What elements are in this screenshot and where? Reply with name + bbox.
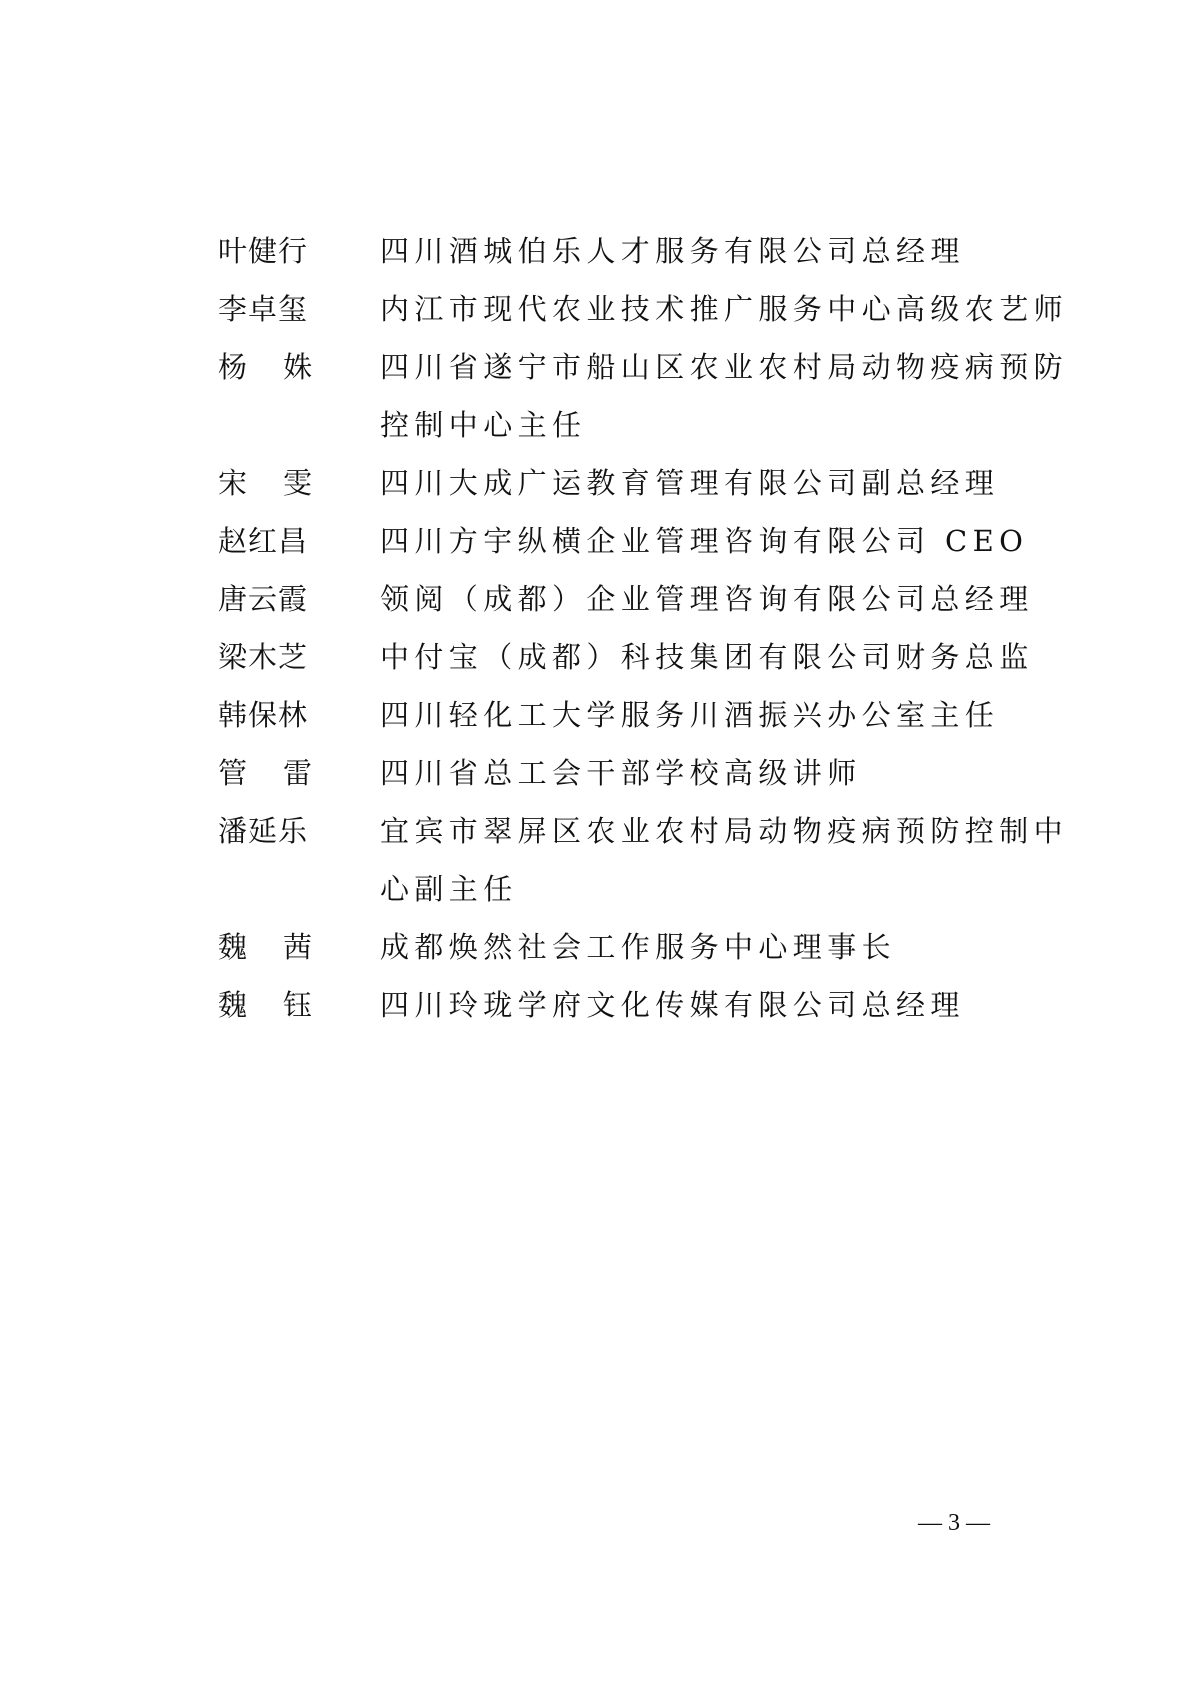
member-title-line: 领阅（成都）企业管理咨询有限公司总经理 (380, 570, 1028, 628)
list-item: 管 雷 四川省总工会干部学校高级讲师 (218, 744, 1018, 802)
document-page: 叶健行 四川酒城伯乐人才服务有限公司总经理 李卓玺 内江市现代农业技术推广服务中… (0, 0, 1191, 1684)
member-title-line: 内江市现代农业技术推广服务中心高级农艺师 (380, 280, 1028, 338)
member-name: 魏 茜 (218, 918, 312, 976)
member-name: 魏 钰 (218, 976, 312, 1034)
member-title-line: 控制中心主任 (380, 396, 1028, 454)
member-name-char: 宋 (218, 454, 247, 512)
member-title: 宜宾市翠屏区农业农村局动物疫病预防控制中 心副主任 (380, 802, 1028, 918)
member-title: 四川省总工会干部学校高级讲师 (380, 744, 1018, 802)
member-name: 叶健行 (218, 222, 380, 280)
member-name-char: 茜 (283, 918, 312, 976)
member-title-line: 四川酒城伯乐人才服务有限公司总经理 (380, 222, 1018, 280)
member-name: 韩保林 (218, 686, 380, 744)
member-name-char: 雯 (283, 454, 312, 512)
member-title: 中付宝（成都）科技集团有限公司财务总监 (380, 628, 1028, 686)
list-item: 杨 姝 四川省遂宁市船山区农业农村局动物疫病预防 控制中心主任 (218, 338, 1018, 454)
member-title: 四川方宇纵横企业管理咨询有限公司 CEO (380, 512, 1028, 570)
member-name: 唐云霞 (218, 570, 380, 628)
member-title: 四川玲珑学府文化传媒有限公司总经理 (380, 976, 1018, 1034)
member-list: 叶健行 四川酒城伯乐人才服务有限公司总经理 李卓玺 内江市现代农业技术推广服务中… (218, 222, 1018, 1034)
list-item: 叶健行 四川酒城伯乐人才服务有限公司总经理 (218, 222, 1018, 280)
member-title-line: 四川省遂宁市船山区农业农村局动物疫病预防 (380, 338, 1028, 396)
member-name: 梁木芝 (218, 628, 380, 686)
member-name: 杨 姝 (218, 338, 312, 396)
member-title: 四川轻化工大学服务川酒振兴办公室主任 (380, 686, 1018, 744)
member-title: 内江市现代农业技术推广服务中心高级农艺师 (380, 280, 1028, 338)
list-item: 梁木芝 中付宝（成都）科技集团有限公司财务总监 (218, 628, 1018, 686)
member-name: 李卓玺 (218, 280, 380, 338)
list-item: 宋 雯 四川大成广运教育管理有限公司副总经理 (218, 454, 1018, 512)
member-title: 四川酒城伯乐人才服务有限公司总经理 (380, 222, 1018, 280)
member-name-char: 魏 (218, 976, 247, 1034)
member-title: 领阅（成都）企业管理咨询有限公司总经理 (380, 570, 1028, 628)
member-title-line: 四川大成广运教育管理有限公司副总经理 (380, 454, 1018, 512)
list-item: 魏 钰 四川玲珑学府文化传媒有限公司总经理 (218, 976, 1018, 1034)
member-name-char: 雷 (283, 744, 312, 802)
member-title: 成都焕然社会工作服务中心理事长 (380, 918, 1018, 976)
member-title-line: 中付宝（成都）科技集团有限公司财务总监 (380, 628, 1028, 686)
member-title-line: 宜宾市翠屏区农业农村局动物疫病预防控制中 (380, 802, 1028, 860)
member-title-line: 四川玲珑学府文化传媒有限公司总经理 (380, 976, 1018, 1034)
member-name-char: 杨 (218, 338, 247, 396)
list-item: 赵红昌 四川方宇纵横企业管理咨询有限公司 CEO (218, 512, 1018, 570)
member-title-line: 四川轻化工大学服务川酒振兴办公室主任 (380, 686, 1018, 744)
member-name-char: 姝 (283, 338, 312, 396)
page-number: — 3 — (918, 1508, 990, 1538)
list-item: 唐云霞 领阅（成都）企业管理咨询有限公司总经理 (218, 570, 1018, 628)
member-name-char: 管 (218, 744, 247, 802)
member-title: 四川省遂宁市船山区农业农村局动物疫病预防 控制中心主任 (380, 338, 1028, 454)
member-title-line: 成都焕然社会工作服务中心理事长 (380, 918, 1018, 976)
list-item: 李卓玺 内江市现代农业技术推广服务中心高级农艺师 (218, 280, 1018, 338)
list-item: 韩保林 四川轻化工大学服务川酒振兴办公室主任 (218, 686, 1018, 744)
member-title-line: 四川省总工会干部学校高级讲师 (380, 744, 1018, 802)
member-name: 潘延乐 (218, 802, 380, 860)
member-title-line: 四川方宇纵横企业管理咨询有限公司 CEO (380, 512, 1028, 570)
member-name-char: 钰 (283, 976, 312, 1034)
list-item: 魏 茜 成都焕然社会工作服务中心理事长 (218, 918, 1018, 976)
member-title-line: 心副主任 (380, 860, 1028, 918)
member-name: 赵红昌 (218, 512, 380, 570)
member-name: 宋 雯 (218, 454, 312, 512)
member-name: 管 雷 (218, 744, 312, 802)
list-item: 潘延乐 宜宾市翠屏区农业农村局动物疫病预防控制中 心副主任 (218, 802, 1018, 918)
member-title: 四川大成广运教育管理有限公司副总经理 (380, 454, 1018, 512)
member-name-char: 魏 (218, 918, 247, 976)
